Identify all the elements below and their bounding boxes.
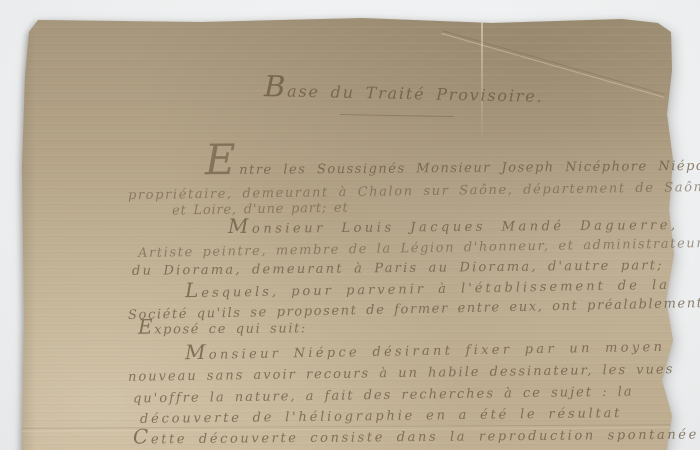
manuscript-paper [22,18,674,450]
fold-crease-vertical [481,18,483,143]
manuscript-photo: Base du Traité Provisoire. Entre les Sou… [0,0,700,450]
paper-texture [22,18,674,450]
paper-shadow [22,18,674,450]
